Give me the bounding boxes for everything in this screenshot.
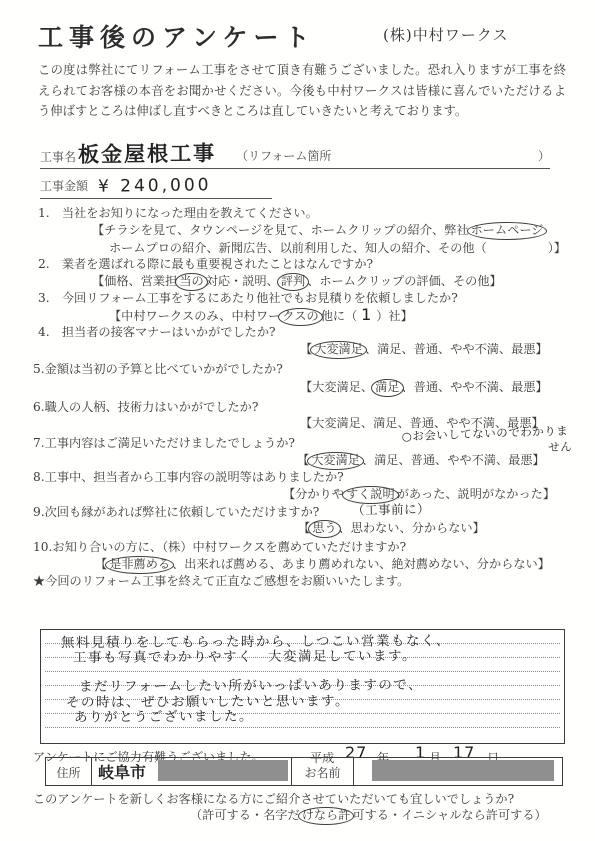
amount-row: 工事金額 ¥ 240,000 <box>40 171 272 199</box>
permission-question: このアンケートを新しくお客様になる方にご紹介させていただいても宜しいでしょうか? <box>33 790 514 807</box>
question-5: 5.金額は当初の予算と比べていかがでしたか? <box>33 360 283 377</box>
project-name-label: 工事名 <box>40 148 76 165</box>
question-6: 6.職人の人柄、技術力はいかがでしたか? <box>33 398 258 415</box>
permission-opt-post: 可する・イニシャルなら許可する） <box>352 808 546 822</box>
circled-answer-other-company: クスの <box>278 308 322 326</box>
ruled-line <box>45 727 560 728</box>
permission-opt-pre: （許可する・名字だ <box>190 808 300 822</box>
comment-line-2: 工事も写真でわかりやすく 大変満足しています。 <box>73 644 417 666</box>
circled-answer-very-satisfied-manner: 大変満足 <box>310 341 367 359</box>
q5-opt-pre: 【大変満足、 <box>300 380 373 394</box>
q3-opt-pre: 【中村ワークスのみ、中村ワー <box>109 309 280 323</box>
question-10: 10.お知り合いの方に、（株）中村ワークスを薦めていただけますか? <box>33 538 406 555</box>
permission-options: （許可する・名字だけなら許可する・イニシャルなら許可する） <box>190 806 547 825</box>
question-9-options: 【思う、思わない、分からない】 <box>298 519 485 538</box>
comment-line-5: ありがとうございました。 <box>74 705 254 726</box>
question-4: 4. 担当者の接客マナーはいかがでしたか? <box>38 323 276 340</box>
name-cell <box>354 758 562 785</box>
amount-value-handwritten: ¥ 240,000 <box>98 175 212 197</box>
q2-opt-mid: 対応・説明、 <box>206 274 279 288</box>
question-4-options: 【大変満足、満足、普通、やや不満、最悪】 <box>300 340 548 359</box>
circled-answer-satisfied-price: 満足 <box>371 379 403 397</box>
question-1: 1. 当社をお知りになった理由を教えてください。 <box>38 204 318 221</box>
question-1-options-line2: ホームプロの紹介、新聞広告、以前利用した、知人の紹介、その他（ ）】 <box>109 239 566 256</box>
question-7: 7.工事内容はご満足いただけましたでしょうか? <box>33 434 295 451</box>
q10-opt-post: 、出来れば薦める、あまり薦めれない、絶対薦めない、分からない】 <box>172 557 550 571</box>
free-comment-prompt: ★今回のリフォーム工事を終えて正直なご感想をお願いいたします。 <box>33 572 409 589</box>
address-cell: 岐阜市 <box>92 758 292 785</box>
handwritten-note-q8: （工事前に） <box>352 499 430 518</box>
project-name-value-handwritten: 板金屋根工事 <box>78 137 216 168</box>
q7-opt-post: 、満足、普通、やや不満、最悪】 <box>362 453 545 467</box>
circled-answer-surname-only: けなら許 <box>298 807 355 825</box>
question-1-options-line1: 【チラシを見て、タウンページを見て、ホームクリップの紹介、弊社ホームページ <box>92 221 545 240</box>
question-5-options: 【大変満足、満足、普通、やや不満、最悪】 <box>300 378 548 397</box>
comment-box: 無料見積りをしてもらった時から、しつこい営業もなく、 工事も写真でわかりやすく … <box>40 629 565 744</box>
q2-opt-post: 、ホームクリップの評価、その他】 <box>307 274 502 288</box>
q9-opt-post: 、思わない、分からない】 <box>339 521 485 535</box>
page-title: 工事後のアンケート <box>38 18 316 54</box>
address-city-handwritten: 岐阜市 <box>98 760 146 784</box>
q5-opt-post: 、普通、やや不満、最悪】 <box>402 380 548 394</box>
reform-location-label: （リフォーム箇所 <box>236 147 331 164</box>
q4-opt-post: 、満足、普通、やや不満、最悪】 <box>365 342 548 356</box>
circled-answer-would-request-again: 思う <box>308 520 340 538</box>
circled-answer-homepage: ホームページ <box>467 222 548 240</box>
question-2: 2. 業者を選ばれる際に最も重要視されたことはなんですか? <box>38 255 373 272</box>
q3-opt-post: ）社】 <box>372 309 412 323</box>
address-label: 住所 <box>46 758 92 785</box>
question-9: 9.次回も縁があれば弊社に依頼していただけますか? <box>33 503 319 520</box>
redacted-name <box>372 760 554 781</box>
q1-opt-pre: 【チラシを見て、タウンページを見て、ホームクリップの紹介、弊社 <box>92 223 469 237</box>
amount-label: 工事金額 <box>40 177 88 194</box>
q2-opt-pre: 【価格、営業担 <box>92 274 177 288</box>
company-name: (株)中村ワークス <box>383 24 509 45</box>
question-3: 3. 今回リフォーム工事をするにあたり他社でもお見積りを依頼しましたか? <box>38 289 458 306</box>
company-count-handwritten: 1 <box>361 305 372 324</box>
survey-document: 工事後のアンケート (株)中村ワークス この度は弊社にてリフォーム工事をさせて頂… <box>0 0 595 841</box>
redacted-address <box>158 760 288 781</box>
ruled-line <box>45 671 560 672</box>
q8-opt-pre: 【分かりや <box>283 487 344 501</box>
intro-text: この度は弊社にてリフォーム工事をさせて頂き有難うございました。恐れ入りますが工事… <box>38 60 566 122</box>
question-8: 8.工事中、担当者から工事内容の説明等はありましたか? <box>33 468 344 485</box>
name-label: お名前 <box>292 758 354 785</box>
q3-opt-mid: 他に（ <box>321 309 361 323</box>
contact-table: 住所 岐阜市 お名前 <box>45 757 563 786</box>
project-name-row: 工事名 板金屋根工事 （リフォーム箇所 ） <box>40 141 550 169</box>
reform-location-close-paren: ） <box>538 147 550 164</box>
